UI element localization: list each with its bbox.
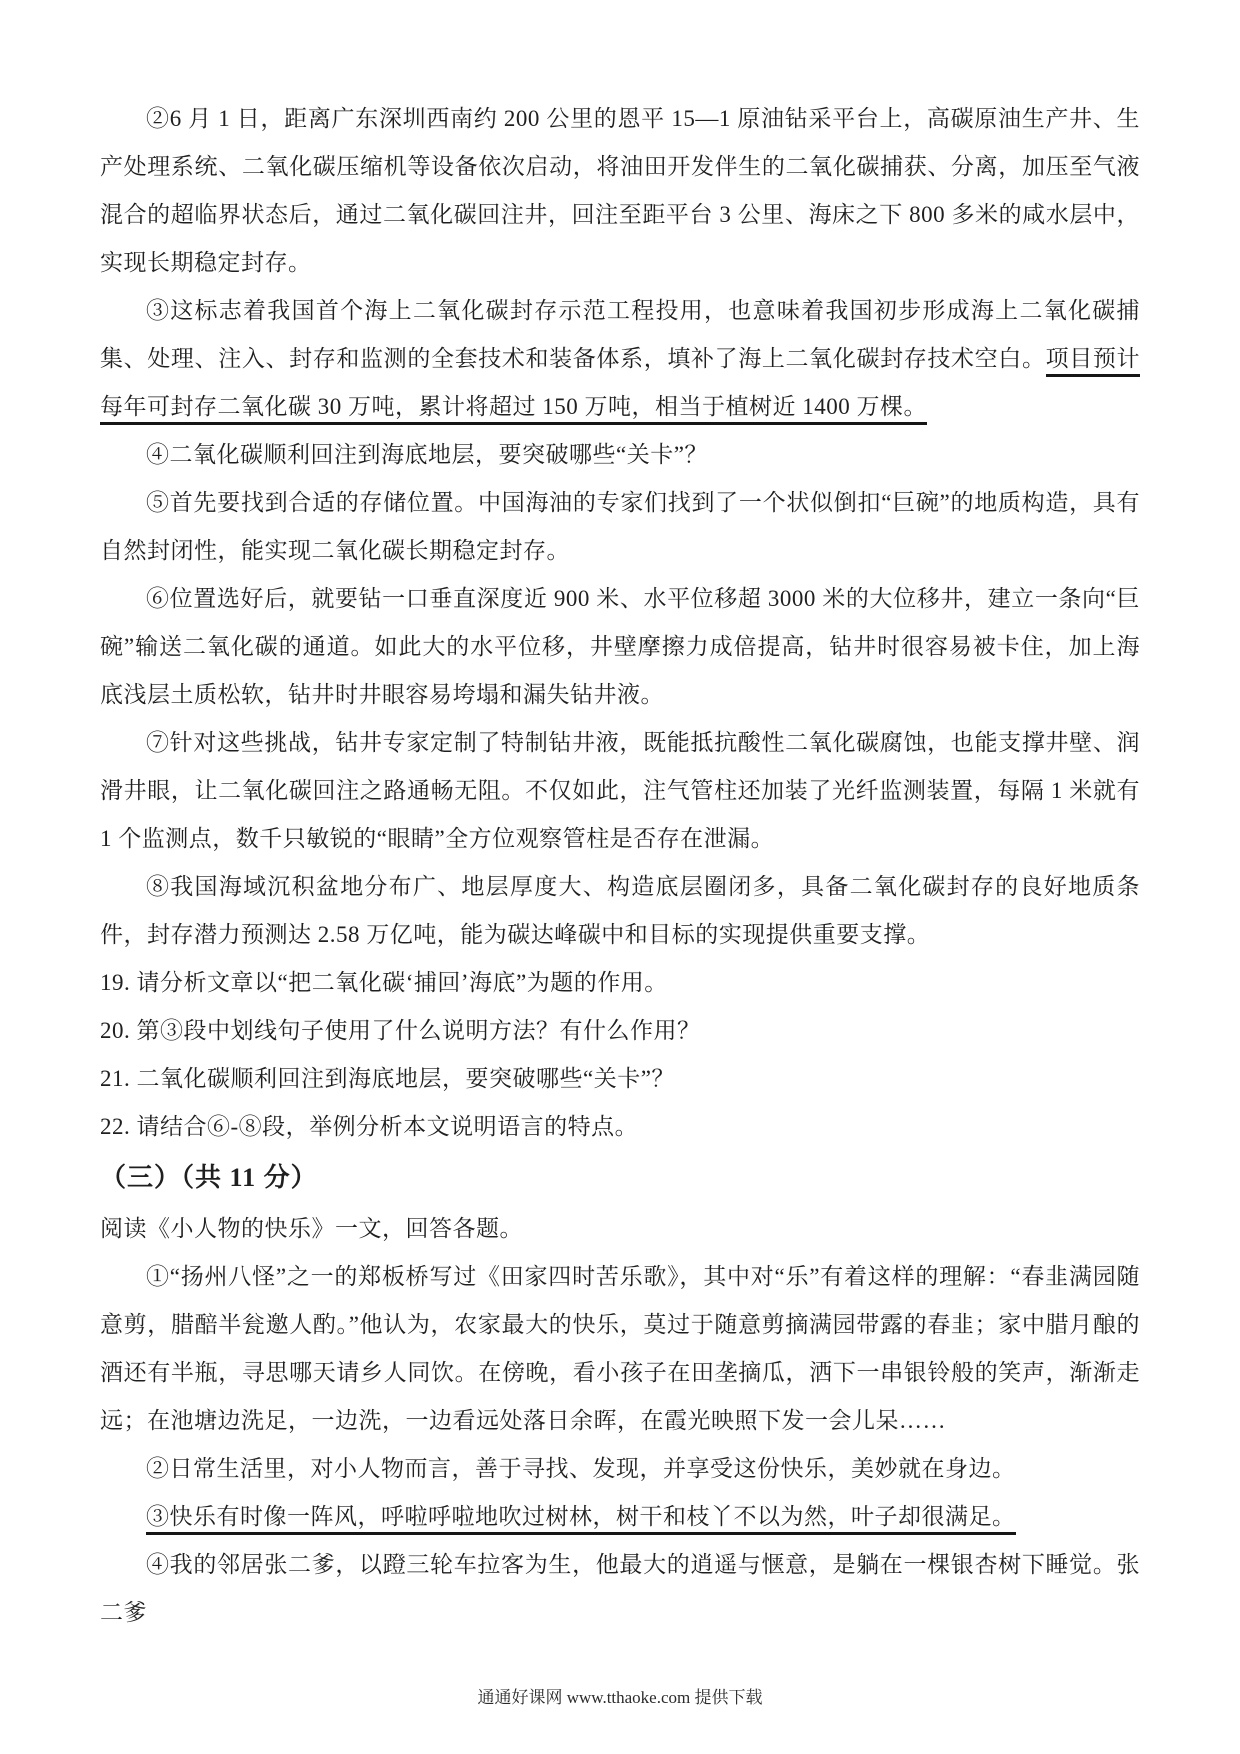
passage2-paragraph-4: ④我的邻居张二爹，以蹬三轮车拉客为生，他最大的逍遥与惬意，是躺在一棵银杏树下睡觉…: [100, 1541, 1140, 1637]
question-19: 19. 请分析文章以“把二氧化碳‘捕回’海底”为题的作用。: [100, 959, 1140, 1007]
page-footer: 通通好课网 www.tthaoke.com 提供下载: [0, 1686, 1240, 1710]
section-three-heading: （三）（共 11 分）: [100, 1151, 1140, 1205]
passage1-paragraph-6: ⑥位置选好后，就要钻一口垂直深度近 900 米、水平位移超 3000 米的大位移…: [100, 575, 1140, 719]
question-20: 20. 第③段中划线句子使用了什么说明方法？有什么作用？: [100, 1007, 1140, 1055]
passage2-paragraph-3: ③快乐有时像一阵风，呼啦呼啦地吹过树林，树干和枝丫不以为然，叶子却很满足。: [100, 1493, 1140, 1541]
passage2-paragraph-2: ②日常生活里，对小人物而言，善于寻找、发现，并享受这份快乐，美妙就在身边。: [100, 1445, 1140, 1493]
section-three-intro: 阅读《小人物的快乐》一文，回答各题。: [100, 1205, 1140, 1253]
passage1-paragraph-3-text: ③这标志着我国首个海上二氧化碳封存示范工程投用，也意味着我国初步形成海上二氧化碳…: [100, 298, 1140, 371]
passage1-paragraph-5: ⑤首先要找到合适的存储位置。中国海油的专家们找到了一个状似倒扣“巨碗”的地质构造…: [100, 479, 1140, 575]
question-21: 21. 二氧化碳顺利回注到海底地层，要突破哪些“关卡”？: [100, 1055, 1140, 1103]
passage2-paragraph-3-underlined-sentence: ③快乐有时像一阵风，呼啦呼啦地吹过树林，树干和枝丫不以为然，叶子却很满足。: [146, 1504, 1016, 1535]
passage1-paragraph-8: ⑧我国海域沉积盆地分布广、地层厚度大、构造底层圈闭多，具备二氧化碳封存的良好地质…: [100, 863, 1140, 959]
passage1-paragraph-3: ③这标志着我国首个海上二氧化碳封存示范工程投用，也意味着我国初步形成海上二氧化碳…: [100, 287, 1140, 431]
passage2-paragraph-1: ①“扬州八怪”之一的郑板桥写过《田家四时苦乐歌》，其中对“乐”有着这样的理解：“…: [100, 1253, 1140, 1445]
passage1-paragraph-4: ④二氧化碳顺利回注到海底地层，要突破哪些“关卡”？: [100, 431, 1140, 479]
question-22: 22. 请结合⑥-⑧段，举例分析本文说明语言的特点。: [100, 1103, 1140, 1151]
page-content: ②6 月 1 日，距离广东深圳西南约 200 公里的恩平 15—1 原油钻采平台…: [100, 0, 1140, 1637]
passage1-paragraph-2: ②6 月 1 日，距离广东深圳西南约 200 公里的恩平 15—1 原油钻采平台…: [100, 95, 1140, 287]
passage1-paragraph-7: ⑦针对这些挑战，钻井专家定制了特制钻井液，既能抵抗酸性二氧化碳腐蚀，也能支撑井壁…: [100, 719, 1140, 863]
